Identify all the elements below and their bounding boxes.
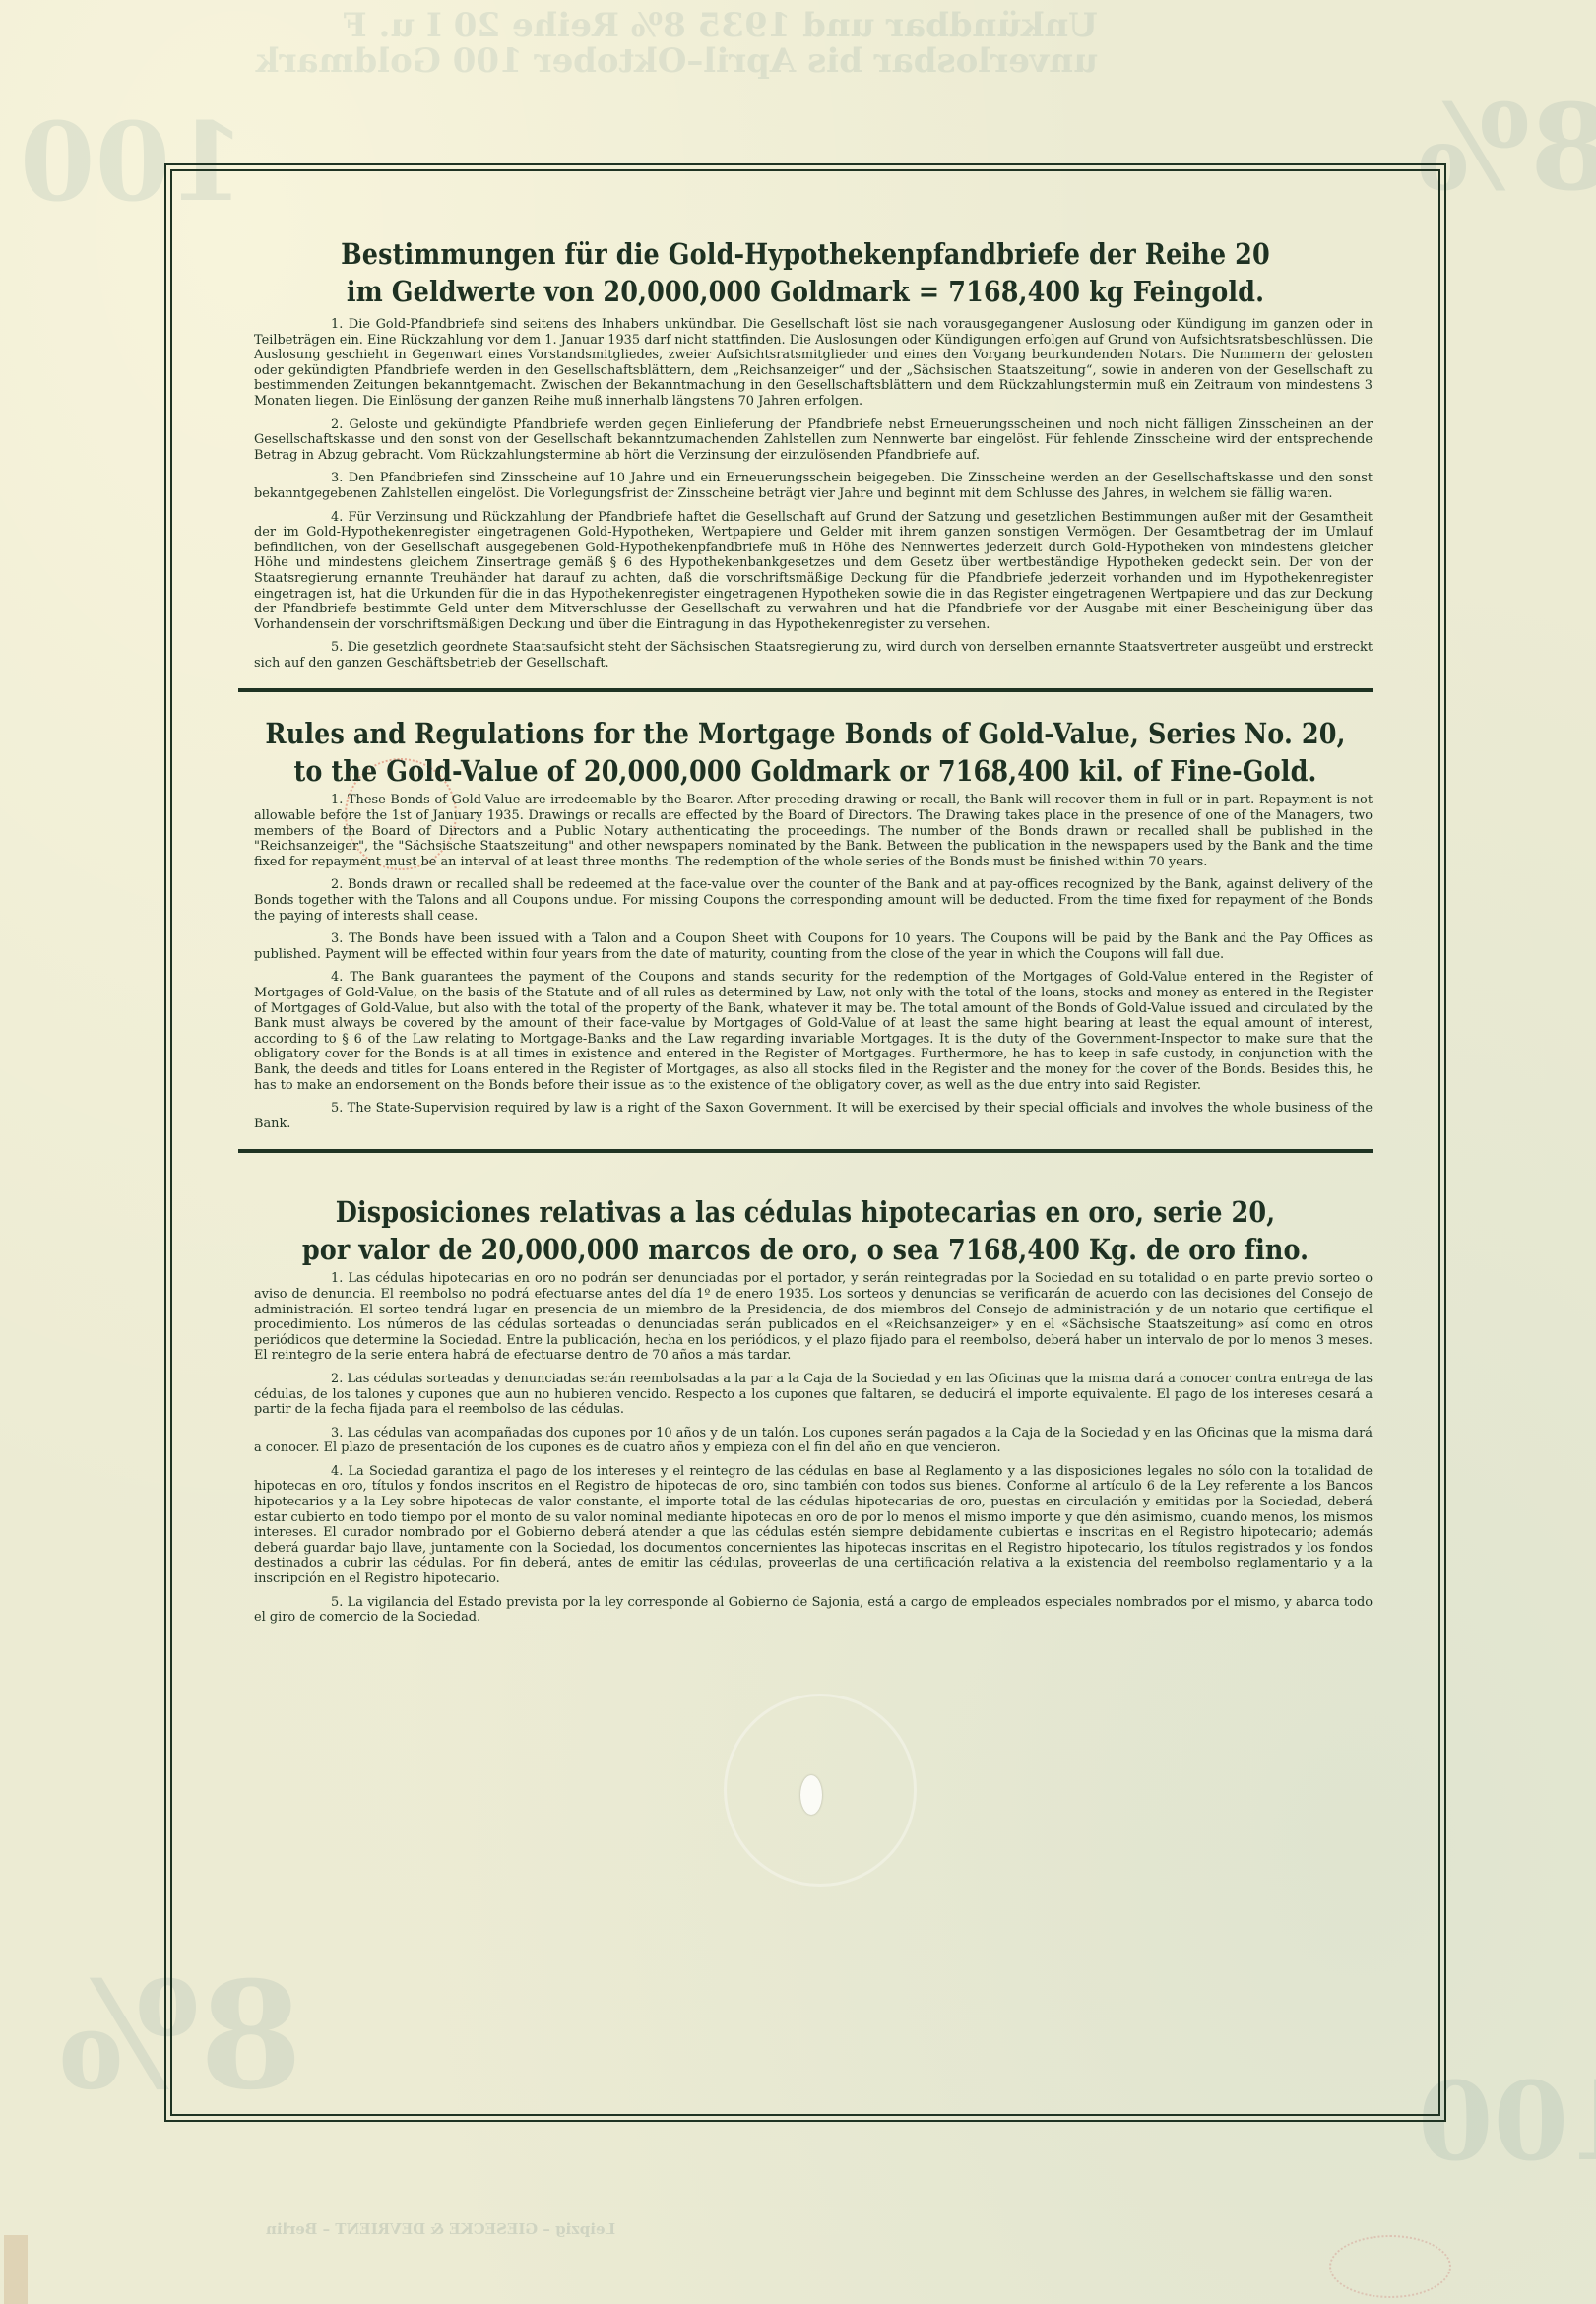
section-title-spanish: Disposiciones relativas a las cédulas hi… [193,1194,1418,1269]
clause-3: 3. Den Pfandbriefen sind Zinsscheine auf… [193,471,1418,501]
clause-5: 5. La vigilancia del Estado prevista por… [193,1595,1418,1626]
cancellation-punch-hole [800,1775,822,1815]
ghost-show-through-header: Unkündbar und 1935 8% Reihe 20 I u. F un… [256,8,1098,79]
paper-edge-tab [4,2235,28,2304]
ghost-line-2: unverlosbar bis April–Oktober 100 Goldma… [256,43,1098,79]
clause-4: 4. Für Verzinsung und Rückzahlung der Pf… [193,510,1418,633]
section-german: Bestimmungen für die Gold-Hypothekenpfan… [193,236,1418,671]
title-line-2: por valor de 20,000,000 marcos de oro, o… [193,1232,1418,1269]
clause-2: 2. Las cédulas sorteadas y denunciadas s… [193,1372,1418,1418]
clause-3: 3. The Bonds have been issued with a Tal… [193,931,1418,962]
section-english: Rules and Regulations for the Mortgage B… [193,716,1418,1131]
section-spanish: Disposiciones relativas a las cédulas hi… [193,1194,1418,1625]
title-line-2: to the Gold-Value of 20,000,000 Goldmark… [193,754,1418,792]
section-title-german: Bestimmungen für die Gold-Hypothekenpfan… [193,236,1418,311]
ghost-printer-imprint: Leipzig – GIESECKE & DEVRIENT – Berlin [266,2220,615,2238]
document-body: Bestimmungen für die Gold-Hypothekenpfan… [193,236,1418,1633]
section-title-english: Rules and Regulations for the Mortgage B… [193,716,1418,791]
clause-4: 4. La Sociedad garantiza el pago de los … [193,1464,1418,1587]
clause-1: 1. Las cédulas hipotecarias en oro no po… [193,1271,1418,1364]
clause-3: 3. Las cédulas van acompañadas dos cupon… [193,1426,1418,1456]
clause-1: 1. These Bonds of Gold-Value are irredee… [193,793,1418,869]
section-divider [238,688,1373,692]
title-line-1: Disposiciones relativas a las cédulas hi… [193,1194,1418,1232]
ghost-line-1: Unkündbar und 1935 8% Reihe 20 I u. F [256,8,1098,43]
clause-5: 5. The State-Supervision required by law… [193,1101,1418,1131]
title-line-1: Rules and Regulations for the Mortgage B… [193,716,1418,753]
clause-1: 1. Die Gold-Pfandbriefe sind seitens des… [193,317,1418,410]
clause-2: 2. Geloste und gekündigte Pfandbriefe we… [193,417,1418,464]
title-line-1: Bestimmungen für die Gold-Hypothekenpfan… [193,236,1418,274]
title-line-2: im Geldwerte von 20,000,000 Goldmark = 7… [193,274,1418,311]
red-stamp-mark-corner [1329,2235,1451,2298]
clause-5: 5. Die gesetzlich geordnete Staatsaufsic… [193,640,1418,671]
clause-4: 4. The Bank guarantees the payment of th… [193,970,1418,1093]
section-divider [238,1149,1373,1153]
clause-2: 2. Bonds drawn or recalled shall be rede… [193,877,1418,924]
